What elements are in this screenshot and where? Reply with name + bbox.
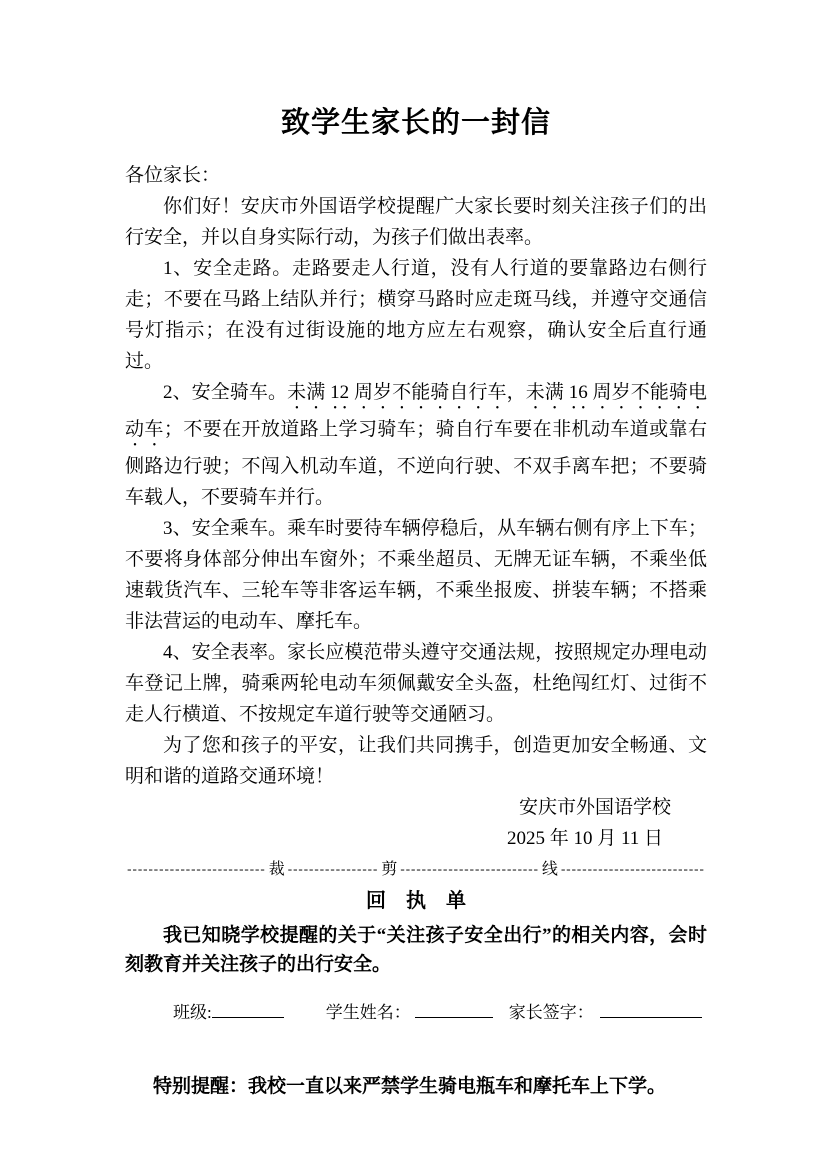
page-title: 致学生家长的一封信: [125, 103, 707, 143]
cut-line-dashes: --------------------------: [400, 861, 539, 876]
letter-item-3: 3、安全乘车。乘车时要待车辆停稳后，从车辆右侧有序上下车；不要将身体部分伸出车窗…: [125, 513, 707, 637]
reply-form-row: 班级:学生姓名：家长签字：: [173, 1001, 707, 1025]
reply-slip-body: 我已知晓学校提醒的关于“关注孩子安全出行”的相关内容，会时刻教育并关注孩子的出行…: [125, 921, 707, 979]
cut-line-dashes: --------------------------: [127, 861, 266, 876]
letter-item-1: 1、安全走路。走路要走人行道，没有人行道的要靠路边右侧行走；不要在马路上结队并行…: [125, 253, 707, 377]
letter-item-4: 4、安全表率。家长应模范带头遵守交通法规，按照规定办理电动车登记上牌，骑乘两轮电…: [125, 637, 707, 730]
class-blank-line: [212, 1002, 284, 1018]
cut-line-dashes: ---------------------------: [561, 861, 705, 876]
special-reminder: 特别提醒：我校一直以来严禁学生骑电瓶车和摩托车上下学。: [153, 1073, 707, 1101]
reply-slip-title: 回 执 单: [125, 887, 707, 915]
letter-page: 致学生家长的一封信 各位家长： 你们好！安庆市外国语学校提醒广大家长要时刻关注孩…: [0, 0, 827, 1169]
salutation: 各位家长：: [125, 160, 707, 191]
date: 2025 年 10 月 11 日: [125, 823, 707, 854]
closing-paragraph: 为了您和孩子的平安，让我们共同携手，创造更加安全畅通、文明和谐的道路交通环境！: [125, 730, 707, 792]
parent-signature-field-label: 家长签字：: [509, 1003, 594, 1022]
intro-paragraph: 你们好！安庆市外国语学校提醒广大家长要时刻关注孩子们的出行安全，并以自身实际行动…: [125, 191, 707, 253]
letter-item-2: 2、安全骑车。未满 12 周岁不能骑自行车，未满 16 周岁不能骑电动车；不要在…: [125, 377, 707, 513]
cut-line-dashes: -----------------: [288, 861, 379, 876]
signature: 安庆市外国语学校: [125, 792, 707, 823]
cut-label-jian: 剪: [381, 861, 397, 878]
item-text: 2、安全骑车。: [163, 382, 287, 403]
item-text: 3、安全乘车。乘车时要待车辆停稳后，从车辆右侧有序上下车；不要将身体部分伸出车窗…: [125, 518, 707, 632]
parent-signature-blank-line: [600, 1002, 702, 1018]
item-text: ；不要在开放道路上学习骑车；骑自行车要在非机动车道或靠右侧路边行驶；不闯入机动车…: [125, 419, 707, 508]
cut-line: --------------------------裁-------------…: [125, 858, 707, 881]
cut-label-cai: 裁: [269, 861, 285, 878]
letter-items: 1、安全走路。走路要走人行道，没有人行道的要靠路边右侧行走；不要在马路上结队并行…: [125, 253, 707, 730]
item-text: 1、安全走路。走路要走人行道，没有人行道的要靠路边右侧行走；不要在马路上结队并行…: [125, 258, 707, 372]
item-text: 4、安全表率。家长应模范带头遵守交通法规，按照规定办理电动车登记上牌，骑乘两轮电…: [125, 642, 707, 725]
cut-label-xian: 线: [542, 861, 558, 878]
class-field-label: 班级:: [173, 1003, 212, 1022]
student-name-blank-line: [415, 1002, 493, 1018]
student-name-field-label: 学生姓名：: [326, 1003, 411, 1022]
